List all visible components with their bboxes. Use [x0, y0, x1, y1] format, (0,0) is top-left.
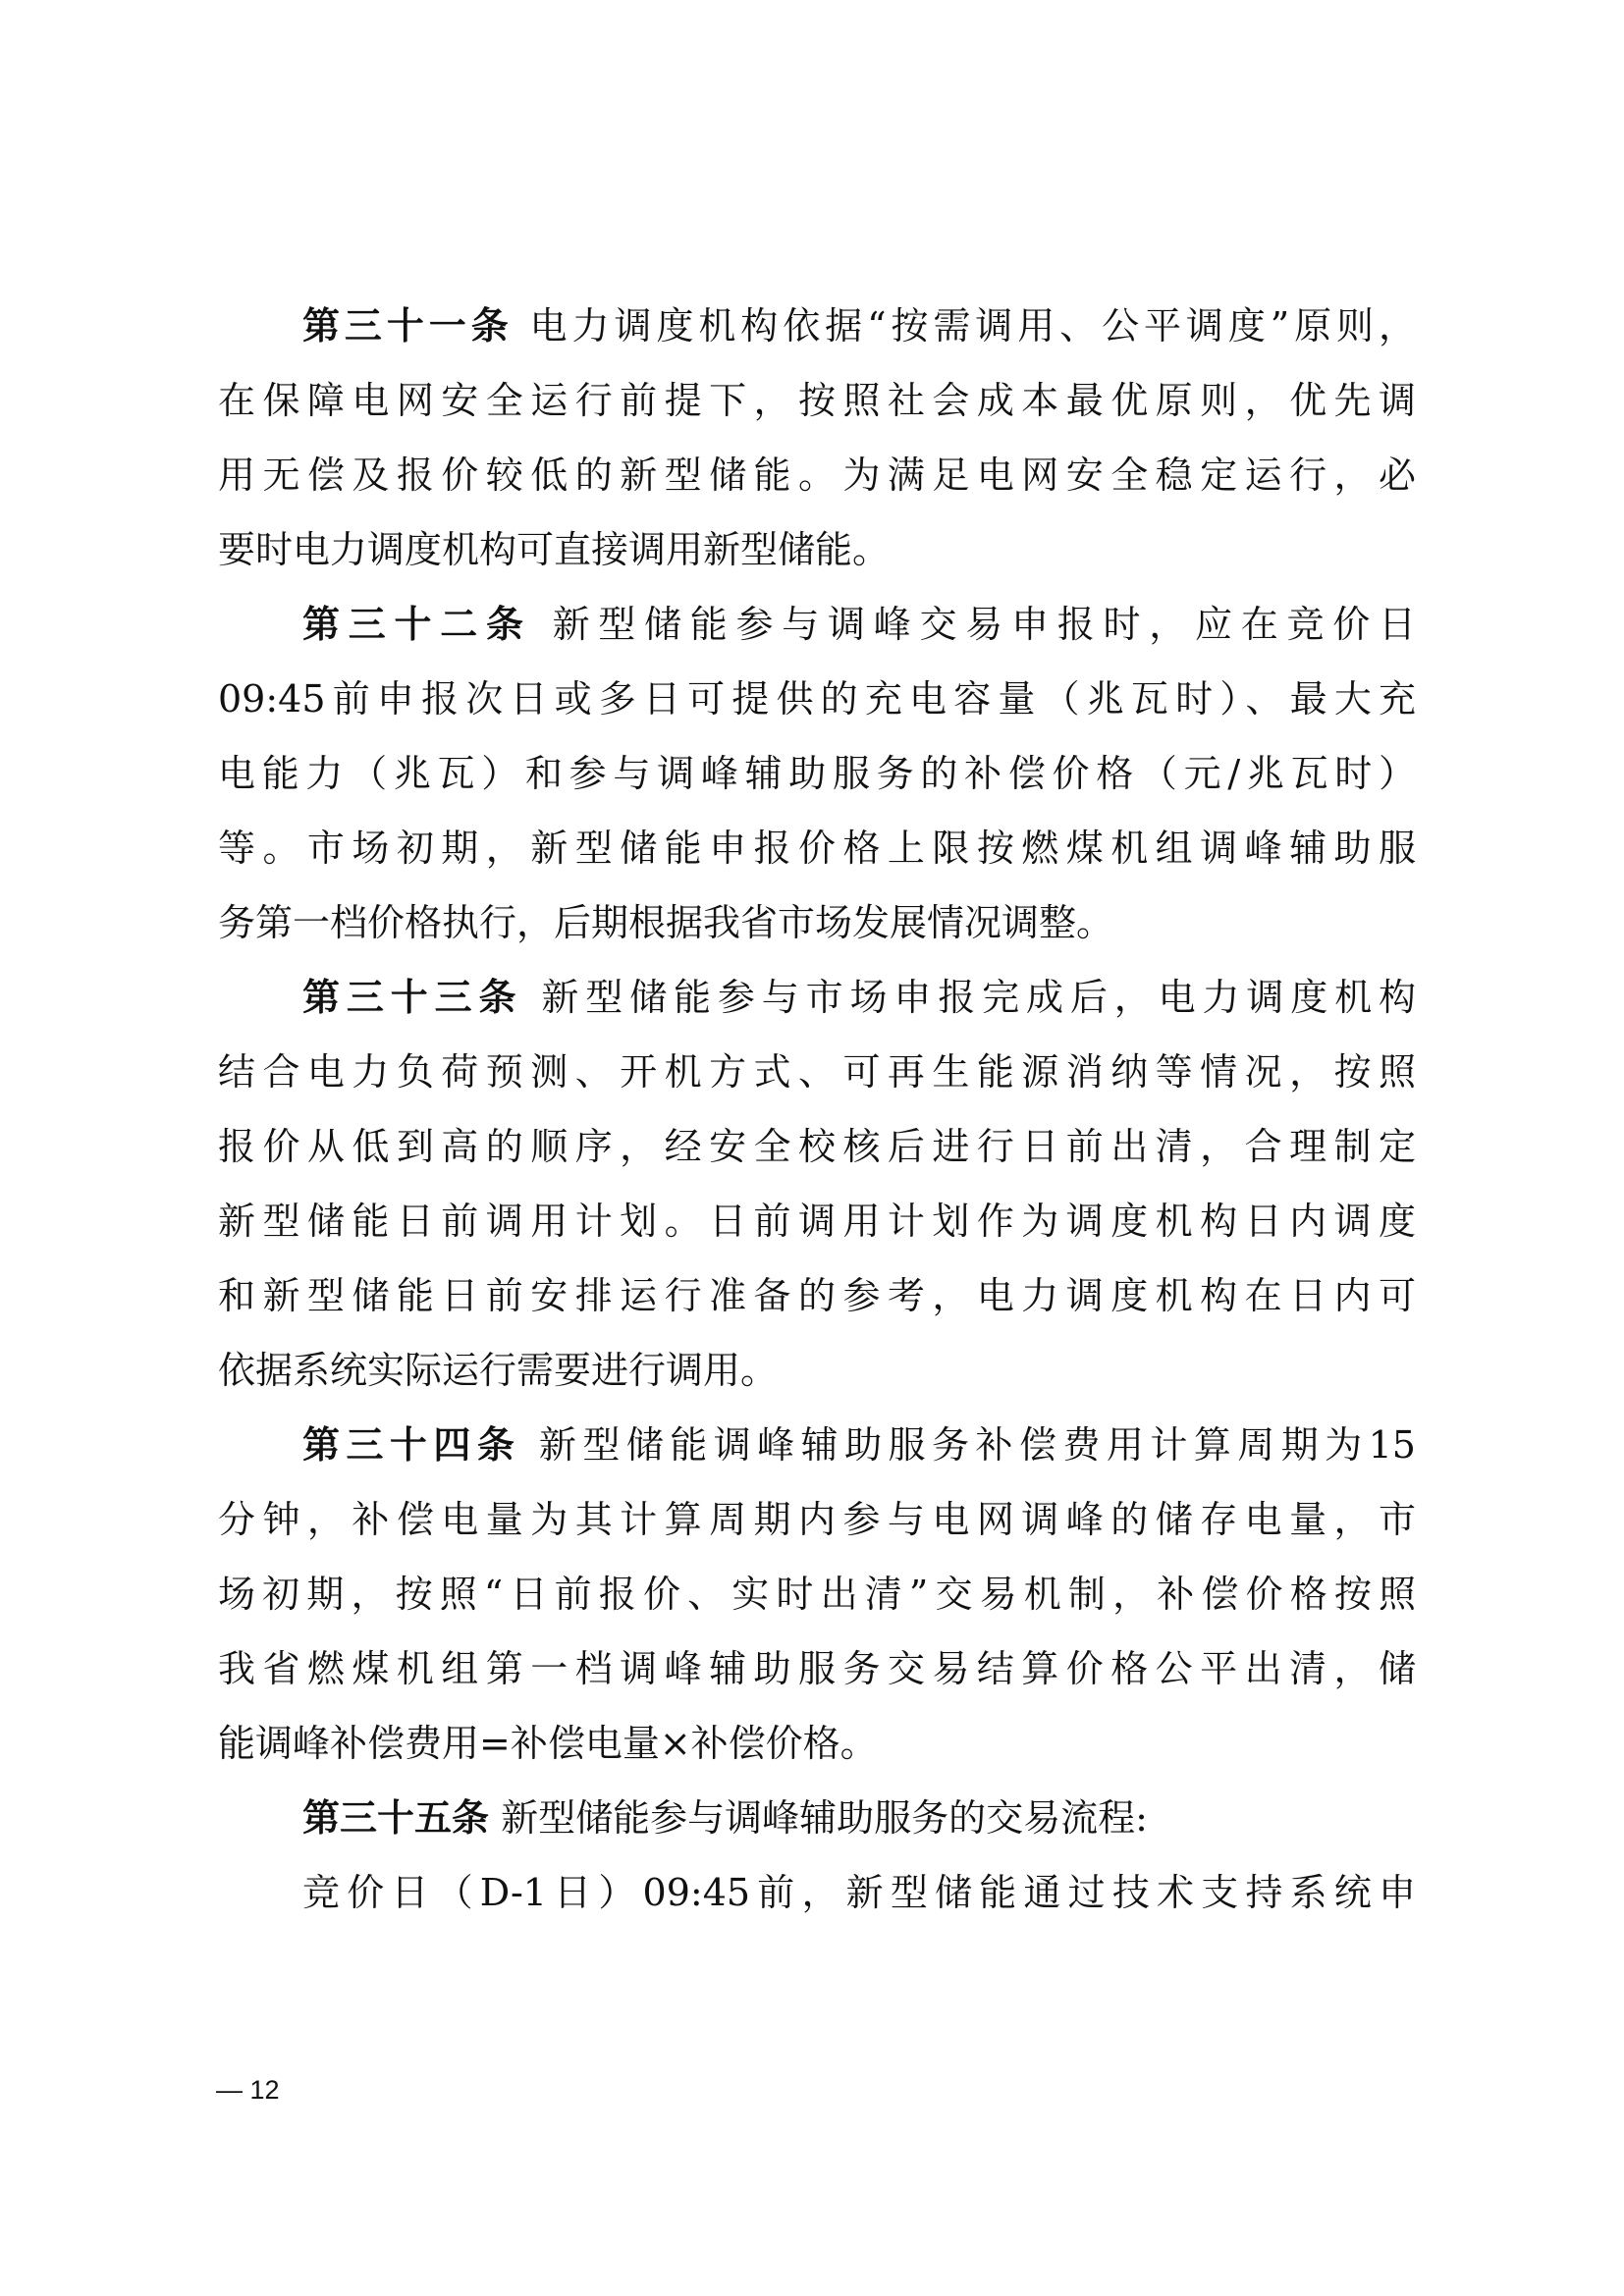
document-page: 第三十一条 电力调度机构依据“按需调用、公平调度”原则， 在保障电网安全运行前提… [0, 0, 1624, 2296]
article-31-line-4: 要时电力调度机构可直接调用新型储能。 [218, 512, 1416, 587]
article-34-line-5: 能调峰补偿费用=补偿电量×补偿价格。 [218, 1706, 1416, 1781]
paragraph-continuation-line-1: 竞价日（D-1日）09:45前，新型储能通过技术支持系统申 [218, 1855, 1416, 1930]
article-32-line-3: 电能力（兆瓦）和参与调峰辅助服务的补偿价格（元/兆瓦时） [218, 736, 1416, 811]
article-text: 新型储能参与调峰交易申报时，应在竞价日 [553, 603, 1416, 646]
article-33-line-6: 依据系统实际运行需要进行调用。 [218, 1333, 1416, 1408]
article-text: 电力调度机构依据“按需调用、公平调度”原则， [530, 304, 1416, 347]
article-34-line-1: 第三十四条 新型储能调峰辅助服务补偿费用计算周期为15 [218, 1408, 1416, 1482]
page-number: — 12 [216, 2075, 280, 2106]
article-number: 第三十三条 [302, 976, 522, 1019]
article-33-line-4: 新型储能日前调用计划。日前调用计划作为调度机构日内调度 [218, 1184, 1416, 1258]
article-32-line-5: 务第一档价格执行，后期根据我省市场发展情况调整。 [218, 885, 1416, 960]
document-body: 第三十一条 电力调度机构依据“按需调用、公平调度”原则， 在保障电网安全运行前提… [218, 289, 1416, 1930]
article-text: 新型储能调峰辅助服务补偿费用计算周期为15 [539, 1423, 1416, 1467]
article-34-line-2: 分钟，补偿电量为其计算周期内参与电网调峰的储存电量，市 [218, 1482, 1416, 1557]
article-text: 新型储能参与市场申报完成后，电力调度机构 [541, 976, 1416, 1019]
article-32-line-1: 第三十二条 新型储能参与调峰交易申报时，应在竞价日 [218, 587, 1416, 662]
article-31-line-1: 第三十一条 电力调度机构依据“按需调用、公平调度”原则， [218, 289, 1416, 363]
article-33-line-2: 结合电力负荷预测、开机方式、可再生能源消纳等情况，按照 [218, 1035, 1416, 1109]
article-33-line-5: 和新型储能日前安排运行准备的参考，电力调度机构在日内可 [218, 1258, 1416, 1333]
article-31-line-2: 在保障电网安全运行前提下，按照社会成本最优原则，优先调 [218, 363, 1416, 438]
article-number: 第三十二条 [302, 603, 532, 646]
article-number: 第三十五条 [302, 1796, 489, 1840]
article-number: 第三十一条 [302, 304, 514, 347]
article-33-line-3: 报价从低到高的顺序，经安全校核后进行日前出清，合理制定 [218, 1109, 1416, 1184]
article-35-line-1: 第三十五条 新型储能参与调峰辅助服务的交易流程: [218, 1781, 1416, 1855]
article-33-line-1: 第三十三条 新型储能参与市场申报完成后，电力调度机构 [218, 960, 1416, 1035]
article-31-line-3: 用无偿及报价较低的新型储能。为满足电网安全稳定运行，必 [218, 438, 1416, 512]
article-32-line-2: 09:45前申报次日或多日可提供的充电容量（兆瓦时）、最大充 [218, 662, 1416, 736]
article-34-line-4: 我省燃煤机组第一档调峰辅助服务交易结算价格公平出清，储 [218, 1631, 1416, 1706]
article-number: 第三十四条 [302, 1423, 520, 1467]
article-32-line-4: 等。市场初期，新型储能申报价格上限按燃煤机组调峰辅助服 [218, 811, 1416, 885]
article-34-line-3: 场初期，按照“日前报价、实时出清”交易机制，补偿价格按照 [218, 1557, 1416, 1631]
article-text: 新型储能参与调峰辅助服务的交易流程: [501, 1796, 1148, 1840]
